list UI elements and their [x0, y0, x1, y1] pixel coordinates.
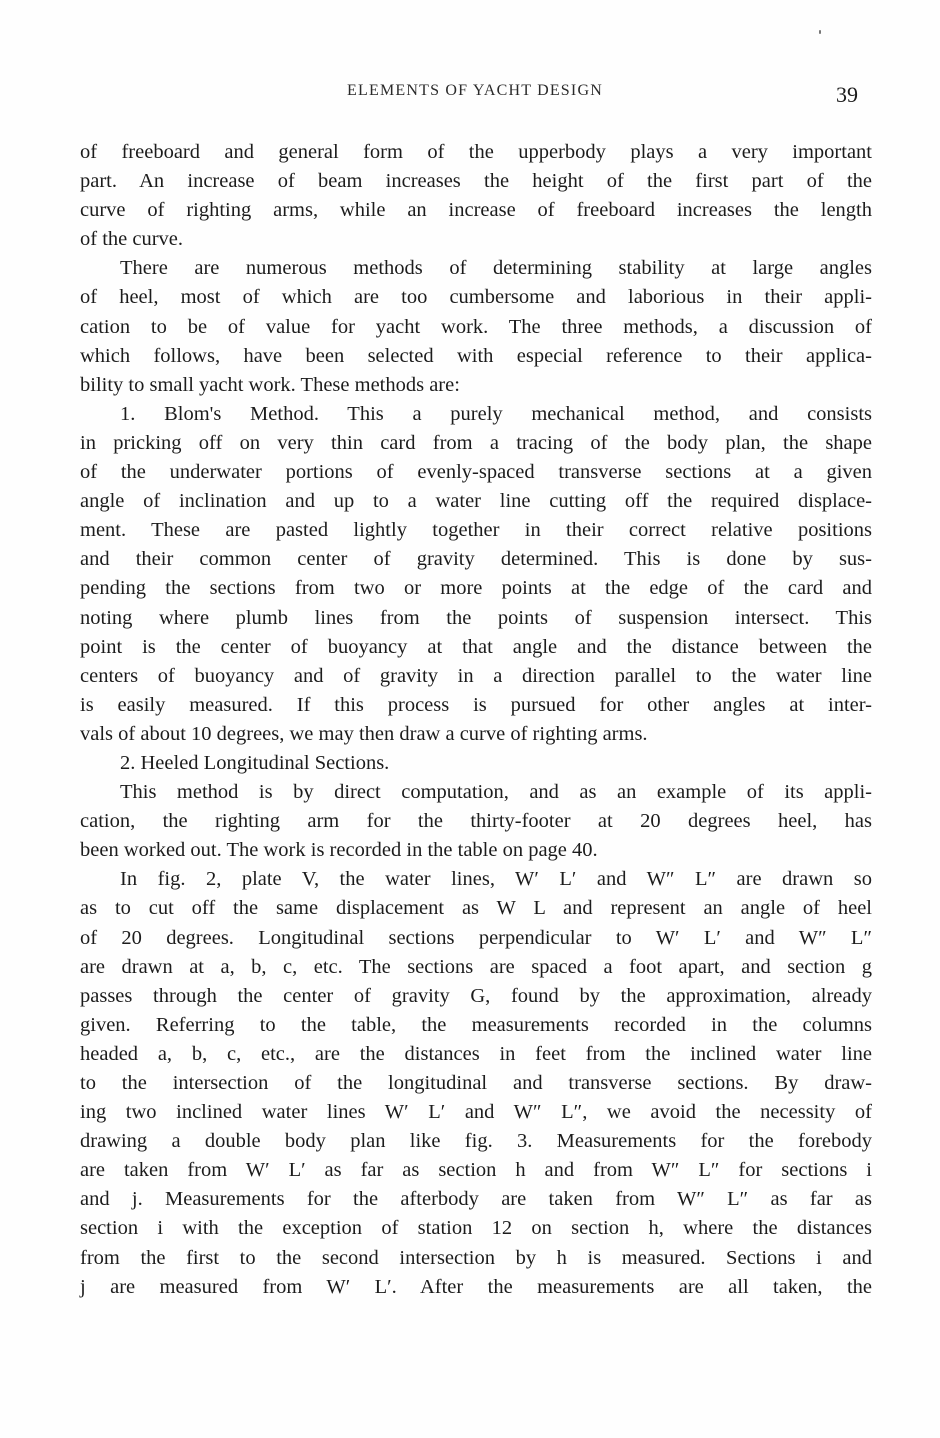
- text-line: of the curve.: [80, 225, 872, 254]
- text-line: and their common center of gravity deter…: [80, 545, 872, 574]
- text-line: ing two inclined water lines W′ L′ and W…: [80, 1098, 872, 1127]
- text-line: curve of righting arms, while an increas…: [80, 196, 872, 225]
- text-line: noting where plumb lines from the points…: [80, 604, 872, 633]
- text-line: section i with the exception of station …: [80, 1214, 872, 1243]
- text-line: in pricking off on very thin card from a…: [80, 429, 872, 458]
- text-line: part. An increase of beam increases the …: [80, 167, 872, 196]
- text-line: from the first to the second intersectio…: [80, 1244, 872, 1273]
- text-line: centers of buoyancy and of gravity in a …: [80, 662, 872, 691]
- text-line: ment. These are pasted lightly together …: [80, 516, 872, 545]
- text-line: to the intersection of the longitudinal …: [80, 1069, 872, 1098]
- text-line: are taken from W′ L′ as far as section h…: [80, 1156, 872, 1185]
- text-line: given. Referring to the table, the measu…: [80, 1011, 872, 1040]
- text-line: as to cut off the same displacement as W…: [80, 894, 872, 923]
- text-line: point is the center of buoyancy at that …: [80, 633, 872, 662]
- text-line: bility to small yacht work. These method…: [80, 371, 872, 400]
- text-line: is easily measured. If this process is p…: [80, 691, 872, 720]
- text-line: drawing a double body plan like fig. 3. …: [80, 1127, 872, 1156]
- text-line: pending the sections from two or more po…: [80, 574, 872, 603]
- page-number: 39: [836, 82, 858, 108]
- text-line: been worked out. The work is recorded in…: [80, 836, 872, 865]
- text-line: which follows, have been selected with e…: [80, 342, 872, 371]
- scan-speck: [819, 30, 821, 34]
- text-line: In fig. 2, plate V, the water lines, W′ …: [80, 865, 872, 894]
- text-line: This method is by direct computation, an…: [80, 778, 872, 807]
- text-line: 1. Blom's Method. This a purely mechanic…: [80, 400, 872, 429]
- text-line: and j. Measurements for the afterbody ar…: [80, 1185, 872, 1214]
- text-line: headed a, b, c, etc., are the distances …: [80, 1040, 872, 1069]
- text-line: are drawn at a, b, c, etc. The sections …: [80, 953, 872, 982]
- text-line: cation, the righting arm for the thirty-…: [80, 807, 872, 836]
- running-title: ELEMENTS OF YACHT DESIGN: [320, 82, 630, 100]
- book-page: ELEMENTS OF YACHT DESIGN 39 of freeboard…: [0, 0, 940, 1438]
- body-text: of freeboard and general form of the upp…: [80, 138, 872, 1302]
- text-line: vals of about 10 degrees, we may then dr…: [80, 720, 872, 749]
- text-line: 2. Heeled Longitudinal Sections.: [80, 749, 872, 778]
- text-line: There are numerous methods of determinin…: [80, 254, 872, 283]
- text-line: cation to be of value for yacht work. Th…: [80, 313, 872, 342]
- text-line: of heel, most of which are too cumbersom…: [80, 283, 872, 312]
- text-line: of the underwater portions of evenly-spa…: [80, 458, 872, 487]
- text-line: passes through the center of gravity G, …: [80, 982, 872, 1011]
- text-line: j are measured from W′ L′. After the mea…: [80, 1273, 872, 1302]
- text-line: of freeboard and general form of the upp…: [80, 138, 872, 167]
- text-line: of 20 degrees. Longitudinal sections per…: [80, 924, 872, 953]
- text-line: angle of inclination and up to a water l…: [80, 487, 872, 516]
